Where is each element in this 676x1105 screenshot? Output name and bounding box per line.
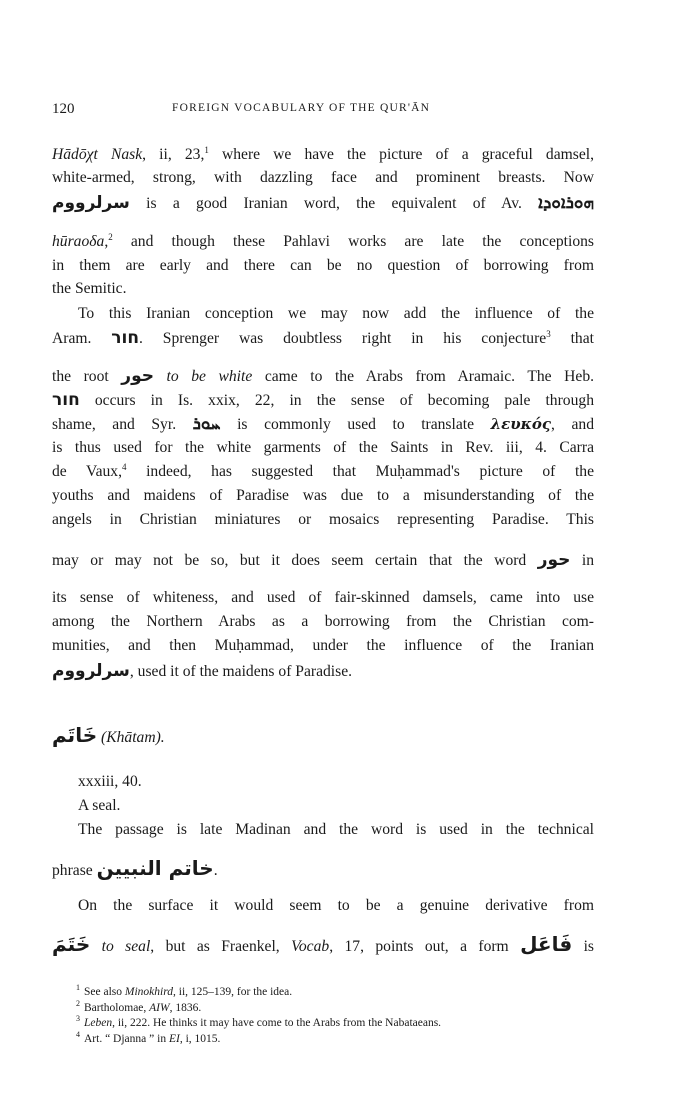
text-span: , 17, points out, a form xyxy=(329,938,520,955)
text-span: shame, and Syr. xyxy=(52,416,193,433)
text-line: munities, and then Muḥammad, under the i… xyxy=(52,636,594,656)
arabic-word: فَاعَل xyxy=(520,932,572,956)
text-span: , 1836. xyxy=(170,1002,202,1014)
text-span: Aram. xyxy=(52,330,111,347)
text-line: On the surface it would seem to be a gen… xyxy=(52,896,594,916)
text-span: , ii, 125–139, for the idea. xyxy=(173,986,292,998)
text-line: חור occurs in Is. xxix, 22, in the sense… xyxy=(52,390,594,410)
text-line: may or may not be so, but it does seem c… xyxy=(52,550,594,570)
footnote-mark: 3 xyxy=(76,1014,80,1023)
text-span: , ii, 222. He thinks it may have come to… xyxy=(112,1017,441,1029)
arabic-word: خَتَمَ xyxy=(52,932,90,956)
running-title: Foreign Vocabulary of the Qur'ān xyxy=(172,102,430,114)
text-line: de Vaux,4 indeed, has suggested that Muḥ… xyxy=(52,462,594,482)
text-line: among the Northern Arabs as a borrowing … xyxy=(52,612,594,632)
italic-title: Leben xyxy=(84,1017,112,1029)
text-line: خَتَمَ to seal, but as Fraenkel, Vocab, … xyxy=(52,934,594,954)
footnote: 1See also Minokhird, ii, 125–139, for th… xyxy=(76,985,441,1001)
text-span: that xyxy=(551,330,594,347)
text-line: سرلرووم is a good Iranian word, the equi… xyxy=(52,193,594,213)
text-line: To this Iranian conception we may now ad… xyxy=(52,304,594,324)
italic-title: Minokhird xyxy=(125,986,173,998)
book-page: 120 Foreign Vocabulary of the Qur'ān Hād… xyxy=(0,0,676,1105)
footnote-mark: 2 xyxy=(76,999,80,1008)
footnote-mark: 1 xyxy=(76,983,80,992)
italic-title: Hādōχt Nask xyxy=(52,146,142,163)
text-span: , but as Fraenkel, xyxy=(150,938,291,955)
text-span: occurs in Is. xxix, 22, in the sense of … xyxy=(80,392,594,409)
entry-headword: خَاتَم (Khātam). xyxy=(52,722,165,751)
text-span: Bartholomae, xyxy=(84,1002,149,1014)
page-number: 120 xyxy=(52,101,75,118)
text-line: angels in Christian miniatures or mosaic… xyxy=(52,510,594,530)
text-line: Aram. חור. Sprenger was doubtless right … xyxy=(52,328,594,348)
text-span: , ii, 23, xyxy=(142,146,204,163)
running-head: 120 Foreign Vocabulary of the Qur'ān xyxy=(52,101,594,121)
text-span: the root xyxy=(52,368,121,385)
text-line: shame, and Syr. ܚܘܪ is commonly used to … xyxy=(52,414,594,434)
text-span: Art. “ Djanna ” in xyxy=(84,1033,169,1045)
text-span: , i, 1015. xyxy=(180,1033,221,1045)
italic-title: AIW xyxy=(149,1002,169,1014)
text-line: Hādōχt Nask, ii, 23,1 where we have the … xyxy=(52,145,594,165)
entry-reference: xxxiii, 40. xyxy=(52,772,594,792)
text-span: came to the Arabs from Aramaic. The Heb. xyxy=(252,368,594,385)
text-span: may or may not be so, but it does seem c… xyxy=(52,552,538,569)
text-span: phrase xyxy=(52,862,97,879)
footnote: 3Leben, ii, 222. He thinks it may have c… xyxy=(76,1016,441,1032)
text-line: hūraoδa,2 and though these Pahlavi works… xyxy=(52,232,594,252)
syriac-word: ܚܘܪ xyxy=(193,414,221,434)
italic-phrase: to seal xyxy=(90,938,150,955)
text-line: The passage is late Madinan and the word… xyxy=(52,820,594,840)
italic-title: Vocab xyxy=(291,938,329,955)
text-span: de Vaux, xyxy=(52,463,122,480)
avestan-word: ܗܘܪܐܘܕܐ xyxy=(538,193,594,213)
footnote-mark: 4 xyxy=(76,1030,80,1039)
headword-transliteration: (Khātam). xyxy=(101,729,165,746)
pahlavi-word: سرلرووم xyxy=(52,193,130,213)
hebrew-word: חור xyxy=(52,390,80,410)
arabic-phrase: خاتم النبيين xyxy=(97,856,214,880)
text-span: is xyxy=(572,938,594,955)
arabic-word: حور xyxy=(538,550,571,570)
text-span: is commonly used to translate xyxy=(221,416,491,433)
text-span: , used it of the maidens of Paradise. xyxy=(130,663,352,680)
text-line: white-armed, strong, with dazzling face … xyxy=(52,168,594,188)
footnote: 2Bartholomae, AIW, 1836. xyxy=(76,1001,441,1017)
text-line: the Semitic. xyxy=(52,279,594,299)
pahlavi-word: سرلرووم xyxy=(52,661,130,681)
text-line: is thus used for the white garments of t… xyxy=(52,438,594,458)
text-span: , and xyxy=(551,416,594,433)
text-span: where we have the picture of a graceful … xyxy=(209,146,594,163)
hebrew-word: חור xyxy=(111,328,139,348)
text-line: سرلرووم, used it of the maidens of Parad… xyxy=(52,661,594,681)
footnotes: 1See also Minokhird, ii, 125–139, for th… xyxy=(76,985,441,1047)
italic-title: EI xyxy=(169,1033,180,1045)
text-span: and though these Pahlavi works are late … xyxy=(113,233,594,250)
footnote: 4Art. “ Djanna ” in EI, i, 1015. xyxy=(76,1032,441,1048)
text-line: youths and maidens of Paradise was due t… xyxy=(52,486,594,506)
text-span: . Sprenger was doubtless right in his co… xyxy=(139,330,546,347)
italic-phrase: to be white xyxy=(154,368,252,385)
text-span: . xyxy=(214,862,218,879)
italic-word: hūraoδa xyxy=(52,233,104,250)
text-span: indeed, has suggested that Muḥammad's pi… xyxy=(126,463,594,480)
greek-word: λευκός xyxy=(491,415,551,433)
text-line: phrase خاتم النبيين. xyxy=(52,858,594,878)
text-line: in them are early and there can be no qu… xyxy=(52,256,594,276)
headword-arabic: خَاتَم xyxy=(52,723,97,747)
text-span: is a good Iranian word, the equivalent o… xyxy=(130,195,538,212)
entry-meaning: A seal. xyxy=(52,796,594,816)
text-span: in xyxy=(570,552,594,569)
text-line: its sense of whiteness, and used of fair… xyxy=(52,588,594,608)
arabic-word: حور xyxy=(121,366,154,386)
text-line: the root حور to be white came to the Ara… xyxy=(52,366,594,386)
text-span: See also xyxy=(84,986,125,998)
